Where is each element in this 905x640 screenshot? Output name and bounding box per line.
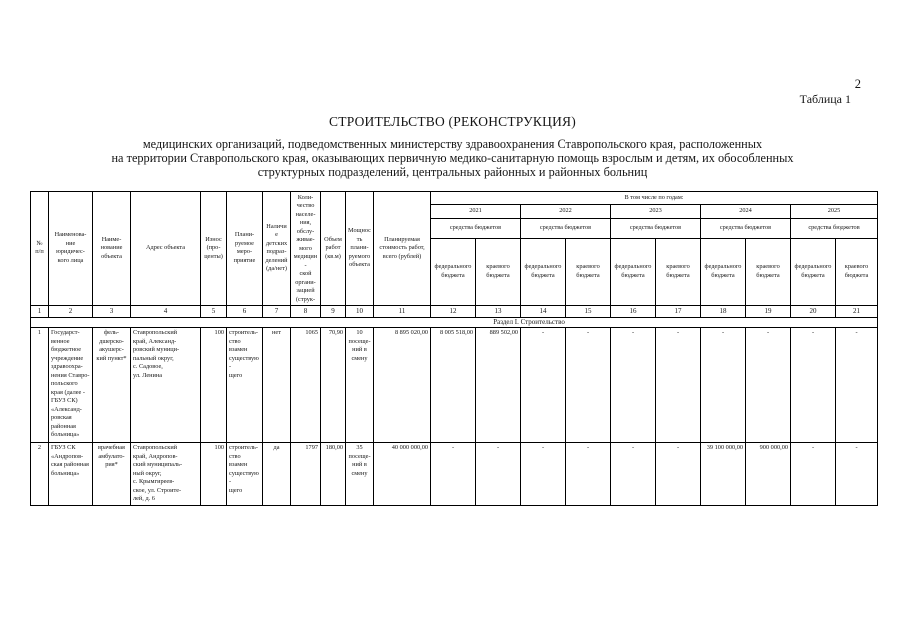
construction-table: № п/п Наименова- ние юридичес- кого лица… xyxy=(30,191,878,507)
cell-cost: 8 895 020,00 xyxy=(374,328,431,443)
doc-subtitle: медицинских организаций, подведомственны… xyxy=(0,138,905,180)
header-cell-funds: средства бюджетов xyxy=(701,218,791,238)
header-cell-funds: средства бюджетов xyxy=(521,218,611,238)
cell-children: нет xyxy=(263,328,291,443)
header-cell-children: Наличие детских подраз- делений (да/нет) xyxy=(263,191,291,306)
col-number-cell: 14 xyxy=(521,306,566,318)
col-number-cell: 15 xyxy=(566,306,611,318)
header-cell-funds: средства бюджетов xyxy=(431,218,521,238)
cell-budget: - xyxy=(521,328,566,443)
header-cell-regional: краевого бюджета xyxy=(566,238,611,305)
cell-num: 2 xyxy=(31,443,49,506)
col-number-cell: 11 xyxy=(374,306,431,318)
document-page: 2 Таблица 1 СТРОИТЕЛЬСТВО (РЕКОНСТРУКЦИЯ… xyxy=(0,0,905,640)
header-cell-cost: Планируемая стоимость работ, всего (рубл… xyxy=(374,191,431,306)
header-cell-regional: краевого бюджета xyxy=(476,238,521,305)
cell-cost: 40 000 000,00 xyxy=(374,443,431,506)
col-number-cell: 12 xyxy=(431,306,476,318)
cell-budget: - xyxy=(836,443,878,506)
cell-volume: 70,90 xyxy=(321,328,346,443)
cell-budget: - xyxy=(566,328,611,443)
header-cell-year: 2024 xyxy=(701,205,791,218)
cell-wear: 100 xyxy=(201,328,227,443)
col-number-cell: 3 xyxy=(93,306,131,318)
header-cell-federal: федерального бюджета xyxy=(611,238,656,305)
header-cell-year: 2025 xyxy=(791,205,878,218)
cell-children: да xyxy=(263,443,291,506)
header-cell-regional: краевого бюджета xyxy=(746,238,791,305)
cell-address: Ставропольский край, Александ- ровский м… xyxy=(131,328,201,443)
col-number-cell: 10 xyxy=(346,306,374,318)
header-cell-federal: федерального бюджета xyxy=(431,238,476,305)
cell-population: 1797 xyxy=(291,443,321,506)
col-number-cell: 13 xyxy=(476,306,521,318)
cell-budget: 889 502,00 xyxy=(476,328,521,443)
header-cell-measure: Плани- руемое меро- приятие xyxy=(227,191,263,306)
col-number-cell: 6 xyxy=(227,306,263,318)
cell-budget: - xyxy=(791,443,836,506)
header-row: № п/п Наименова- ние юридичес- кого лица… xyxy=(31,191,878,204)
col-number-cell: 1 xyxy=(31,306,49,318)
col-number-cell: 20 xyxy=(791,306,836,318)
header-cell-federal: федерального бюджета xyxy=(521,238,566,305)
header-cell-federal: федерального бюджета xyxy=(701,238,746,305)
header-cell-capacity: Мощность плани- руемого объекта xyxy=(346,191,374,306)
table-row: 1 Государст- венное бюджетное учреждение… xyxy=(31,328,878,443)
header-cell-regional: краевого бюджета xyxy=(656,238,701,305)
section-title: Раздел I. Строительство xyxy=(31,318,878,328)
section-row: Раздел I. Строительство xyxy=(31,318,878,328)
col-number-cell: 4 xyxy=(131,306,201,318)
header-cell-org: Наименова- ние юридичес- кого лица xyxy=(49,191,93,306)
col-number-cell: 9 xyxy=(321,306,346,318)
header-cell-address: Адрес объекта xyxy=(131,191,201,306)
col-number-cell: 2 xyxy=(49,306,93,318)
cell-budget: 8 005 518,00 xyxy=(431,328,476,443)
header-cell-population: Коли- чество населе- ния, обслу- живае- … xyxy=(291,191,321,306)
cell-budget: - xyxy=(566,443,611,506)
header-cell-regional: краевого бюджета xyxy=(836,238,878,305)
header-cell-year: 2021 xyxy=(431,205,521,218)
cell-wear: 100 xyxy=(201,443,227,506)
header-cell-years-band: В том числе по годам: xyxy=(431,191,878,204)
cell-budget: - xyxy=(746,328,791,443)
cell-org: Государст- венное бюджетное учреждение з… xyxy=(49,328,93,443)
cell-budget: - xyxy=(431,443,476,506)
cell-object: врачебная амбулато- рия* xyxy=(93,443,131,506)
header-cell-year: 2023 xyxy=(611,205,701,218)
cell-budget: - xyxy=(656,328,701,443)
cell-population: 1065 xyxy=(291,328,321,443)
doc-title: СТРОИТЕЛЬСТВО (РЕКОНСТРУКЦИЯ) xyxy=(0,114,905,129)
header-cell-funds: средства бюджетов xyxy=(791,218,878,238)
cell-budget: - xyxy=(521,443,566,506)
cell-budget: - xyxy=(656,443,701,506)
col-number-cell: 18 xyxy=(701,306,746,318)
cell-object: фель- дшерско- акушерс- кий пункт* xyxy=(93,328,131,443)
cell-capacity: 10 посеще- ний в смену xyxy=(346,328,374,443)
header-cell-volume: Объем работ (кв.м) xyxy=(321,191,346,306)
col-number-cell: 8 xyxy=(291,306,321,318)
cell-budget: - xyxy=(611,443,656,506)
column-number-row: 1 2 3 4 5 6 7 8 9 10 11 12 13 14 15 16 1… xyxy=(31,306,878,318)
header-cell-object: Наиме- нование объекта xyxy=(93,191,131,306)
page-number: 2 xyxy=(0,78,905,91)
table-row: 2 ГБУЗ СК «Андропов- ская районная больн… xyxy=(31,443,878,506)
cell-budget: - xyxy=(701,328,746,443)
cell-capacity: 35 посеще- ний в смену xyxy=(346,443,374,506)
cell-measure: строитель- ство взамен существую- щего xyxy=(227,443,263,506)
cell-budget: 900 000,00 xyxy=(746,443,791,506)
cell-address: Ставропольский край, Андропов- ский муни… xyxy=(131,443,201,506)
cell-num: 1 xyxy=(31,328,49,443)
cell-budget: - xyxy=(476,443,521,506)
header-cell-funds: средства бюджетов xyxy=(611,218,701,238)
col-number-cell: 16 xyxy=(611,306,656,318)
cell-budget: - xyxy=(611,328,656,443)
table-label: Таблица 1 xyxy=(0,92,905,106)
col-number-cell: 17 xyxy=(656,306,701,318)
cell-org: ГБУЗ СК «Андропов- ская районная больниц… xyxy=(49,443,93,506)
header-cell-federal: федерального бюджета xyxy=(791,238,836,305)
header-cell-num: № п/п xyxy=(31,191,49,306)
col-number-cell: 5 xyxy=(201,306,227,318)
col-number-cell: 21 xyxy=(836,306,878,318)
cell-volume: 180,00 xyxy=(321,443,346,506)
col-number-cell: 19 xyxy=(746,306,791,318)
cell-budget: 39 100 000,00 xyxy=(701,443,746,506)
cell-budget: - xyxy=(791,328,836,443)
header-cell-year: 2022 xyxy=(521,205,611,218)
header-cell-wear: Износ (про- центы) xyxy=(201,191,227,306)
cell-measure: строитель- ство взамен существую- щего xyxy=(227,328,263,443)
col-number-cell: 7 xyxy=(263,306,291,318)
cell-budget: - xyxy=(836,328,878,443)
